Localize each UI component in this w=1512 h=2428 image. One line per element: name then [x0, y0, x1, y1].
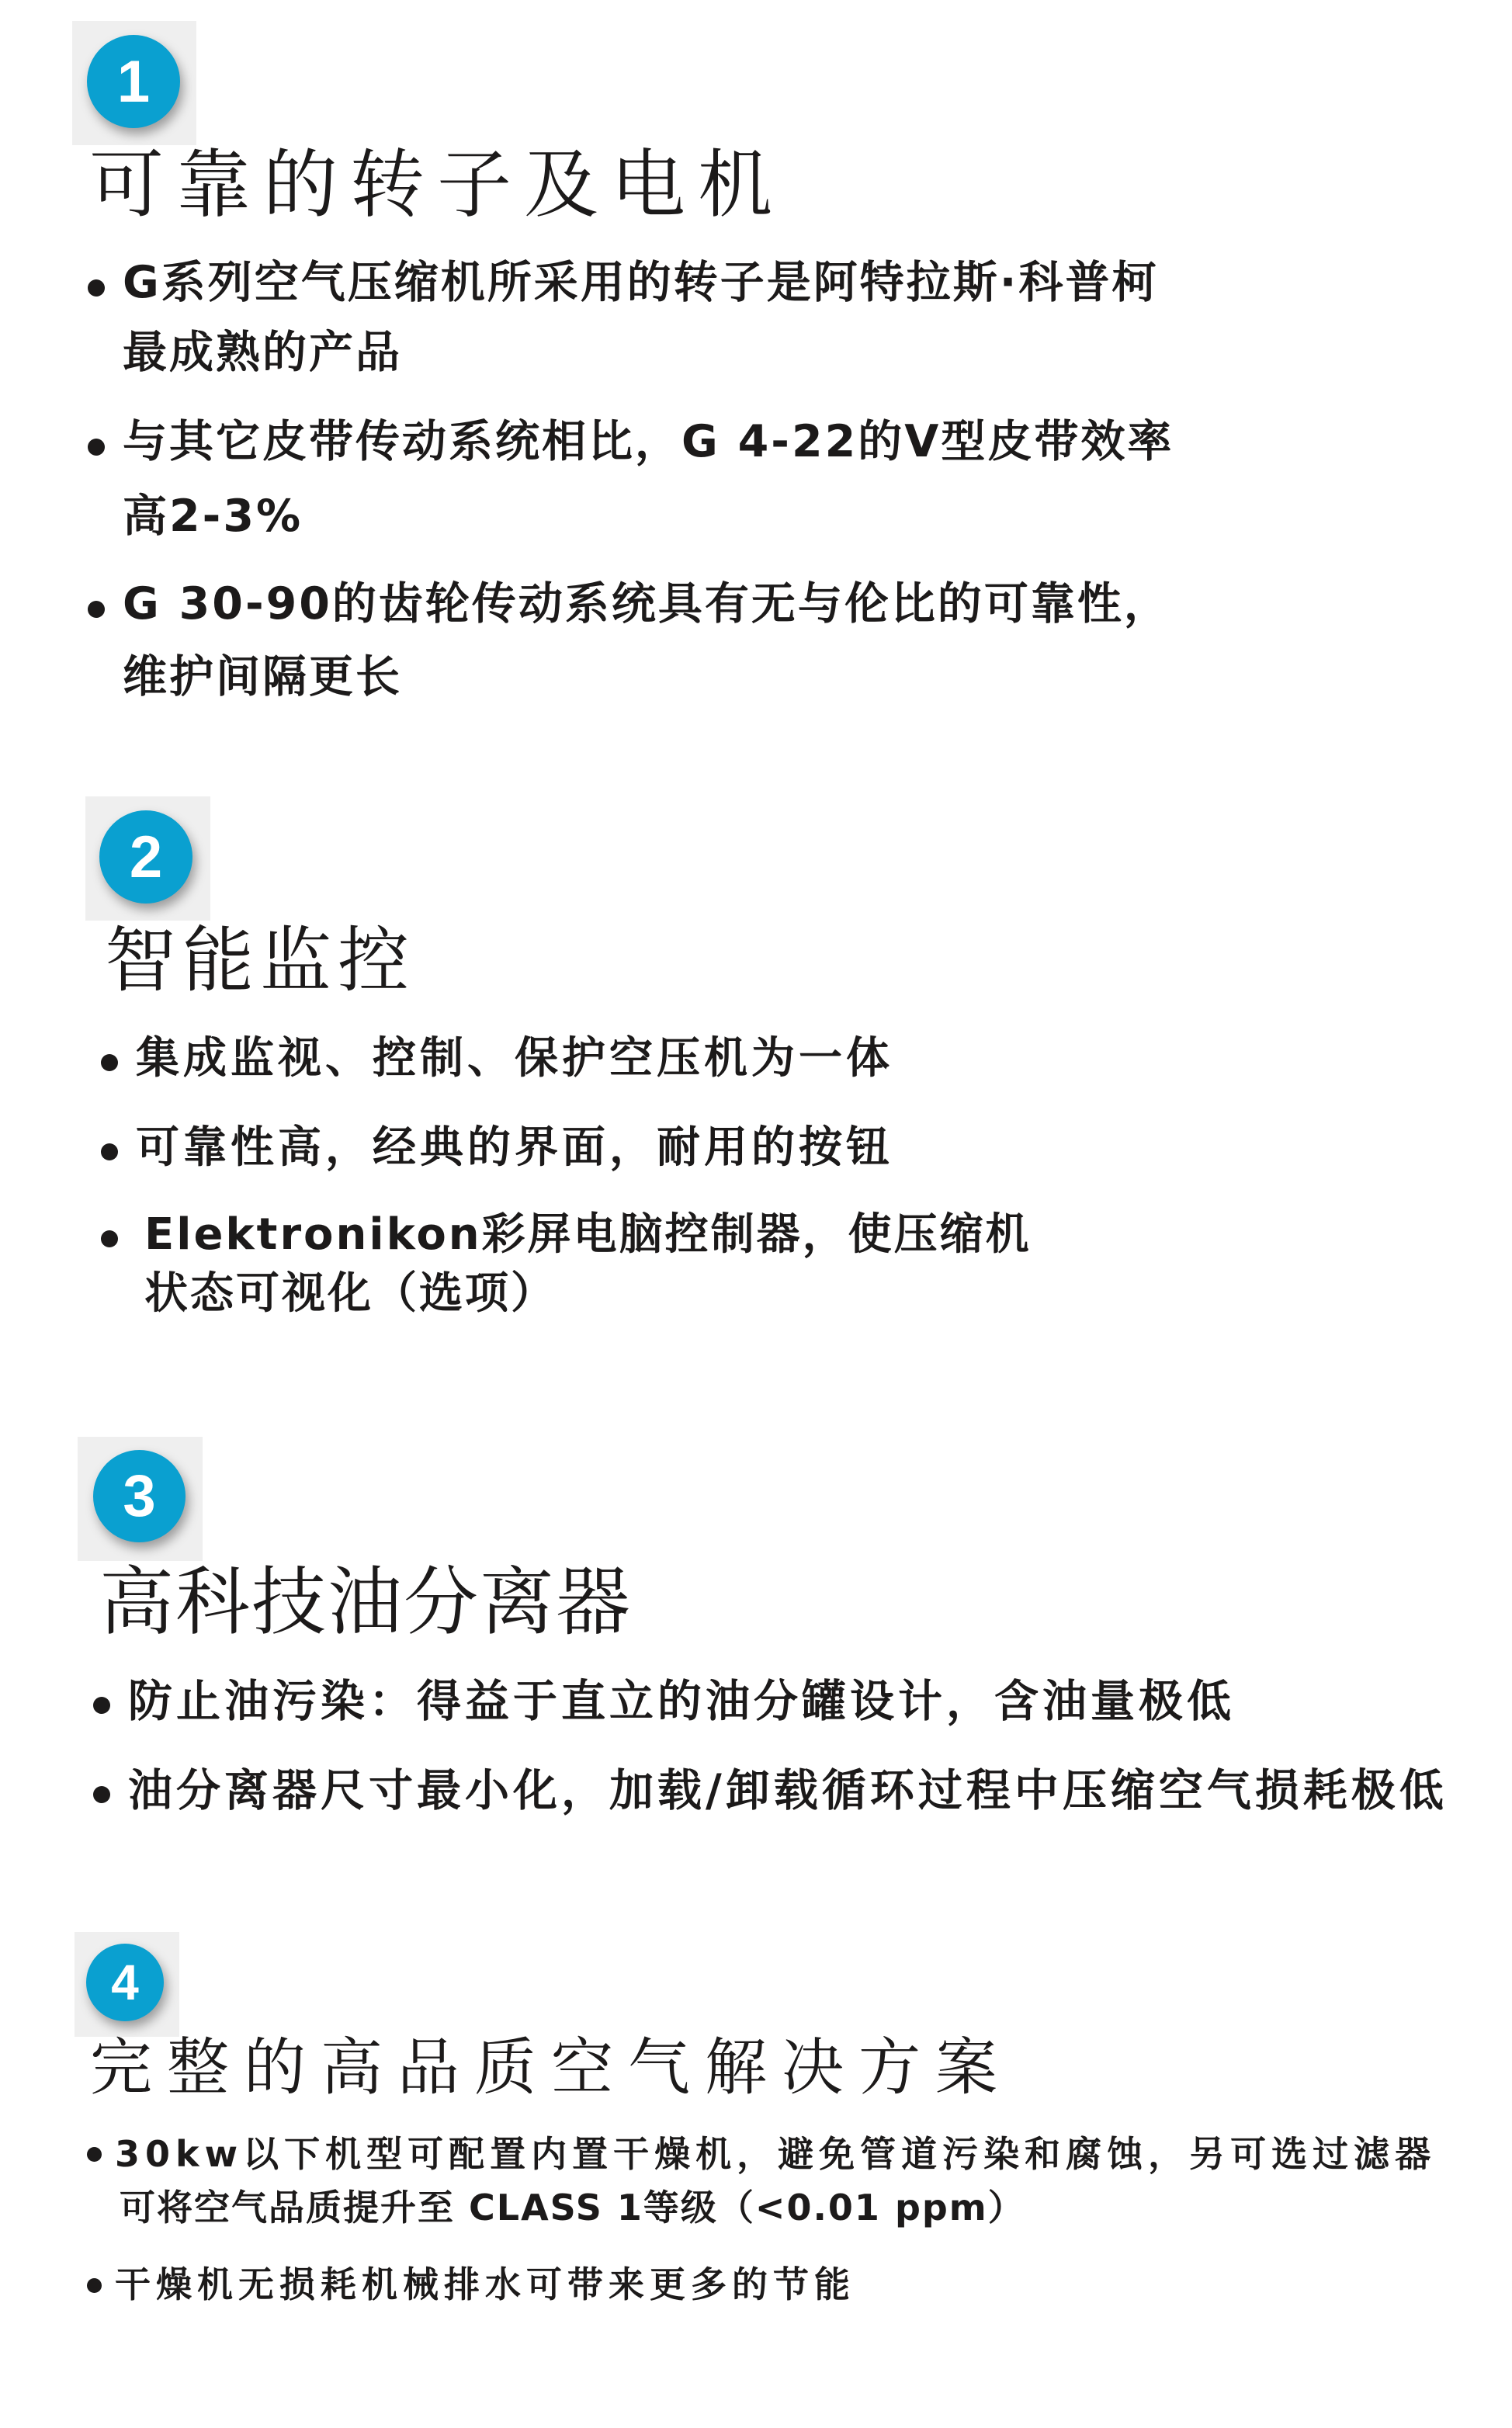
bullet-text-continued: 最成熟的产品: [123, 331, 402, 375]
bullet-dot-icon: [101, 1230, 118, 1247]
bullet-text: Elektronikon彩屏电脑控制器，使压缩机: [144, 1213, 1032, 1257]
number-badge-icon: 2: [99, 810, 192, 904]
bullet-dot-icon: [88, 439, 105, 456]
bullet-text: 集成监视、控制、保护空压机为一体: [136, 1037, 893, 1080]
bullet-text-continued: 状态可视化（选项）: [144, 1272, 557, 1316]
badge-number: 1: [117, 48, 150, 116]
bullet-text-continued: 可将空气品质提升至 CLASS 1等级（<0.01 ppm）: [120, 2190, 1025, 2225]
bullet-dot-icon: [93, 1786, 110, 1803]
badge-number: 4: [111, 1954, 139, 2011]
number-badge-icon: 3: [93, 1450, 186, 1542]
bullet-text: 干燥机无损耗机械排水可带来更多的节能: [115, 2267, 855, 2302]
bullet-dot-icon: [93, 1697, 110, 1714]
bullet-text: 防止油污染：得益于直立的油分罐设计，含油量极低: [128, 1680, 1235, 1724]
bullet-text: 30kw以下机型可配置内置干燥机，避免管道污染和腐蚀，另可选过滤器: [115, 2136, 1436, 2172]
bullet-text: G 30-90的齿轮传动系统具有无与伦比的可靠性，: [123, 582, 1170, 626]
bullet-text: 与其它皮带传动系统相比，G 4-22的V型皮带效率: [123, 420, 1174, 464]
bullet-dot-icon: [88, 279, 105, 297]
section-title: 可靠的转子及电机: [89, 147, 785, 222]
bullet-text-continued: 维护间隔更长: [123, 655, 402, 699]
bullet-dot-icon: [87, 2278, 102, 2293]
section-title: 高科技油分离器: [99, 1565, 632, 1639]
section-title: 智能监控: [105, 925, 415, 997]
bullet-dot-icon: [88, 601, 105, 618]
bullet-dot-icon: [101, 1143, 118, 1160]
bullet-text: 可靠性高，经典的界面，耐用的按钮: [136, 1126, 893, 1170]
section-title: 完整的高品质空气解决方案: [90, 2037, 1012, 2099]
bullet-dot-icon: [101, 1054, 118, 1071]
number-badge-icon: 1: [87, 35, 180, 128]
badge-number: 3: [123, 1462, 155, 1530]
bullet-text: G系列空气压缩机所采用的转子是阿特拉斯·科普柯: [123, 261, 1158, 305]
number-badge-icon: 4: [86, 1944, 164, 2021]
bullet-text-continued: 高2-3%: [123, 494, 303, 539]
bullet-text: 油分离器尺寸最小化，加载/卸载循环过程中压缩空气损耗极低: [128, 1769, 1448, 1813]
bullet-dot-icon: [87, 2147, 102, 2162]
badge-number: 2: [130, 824, 162, 891]
